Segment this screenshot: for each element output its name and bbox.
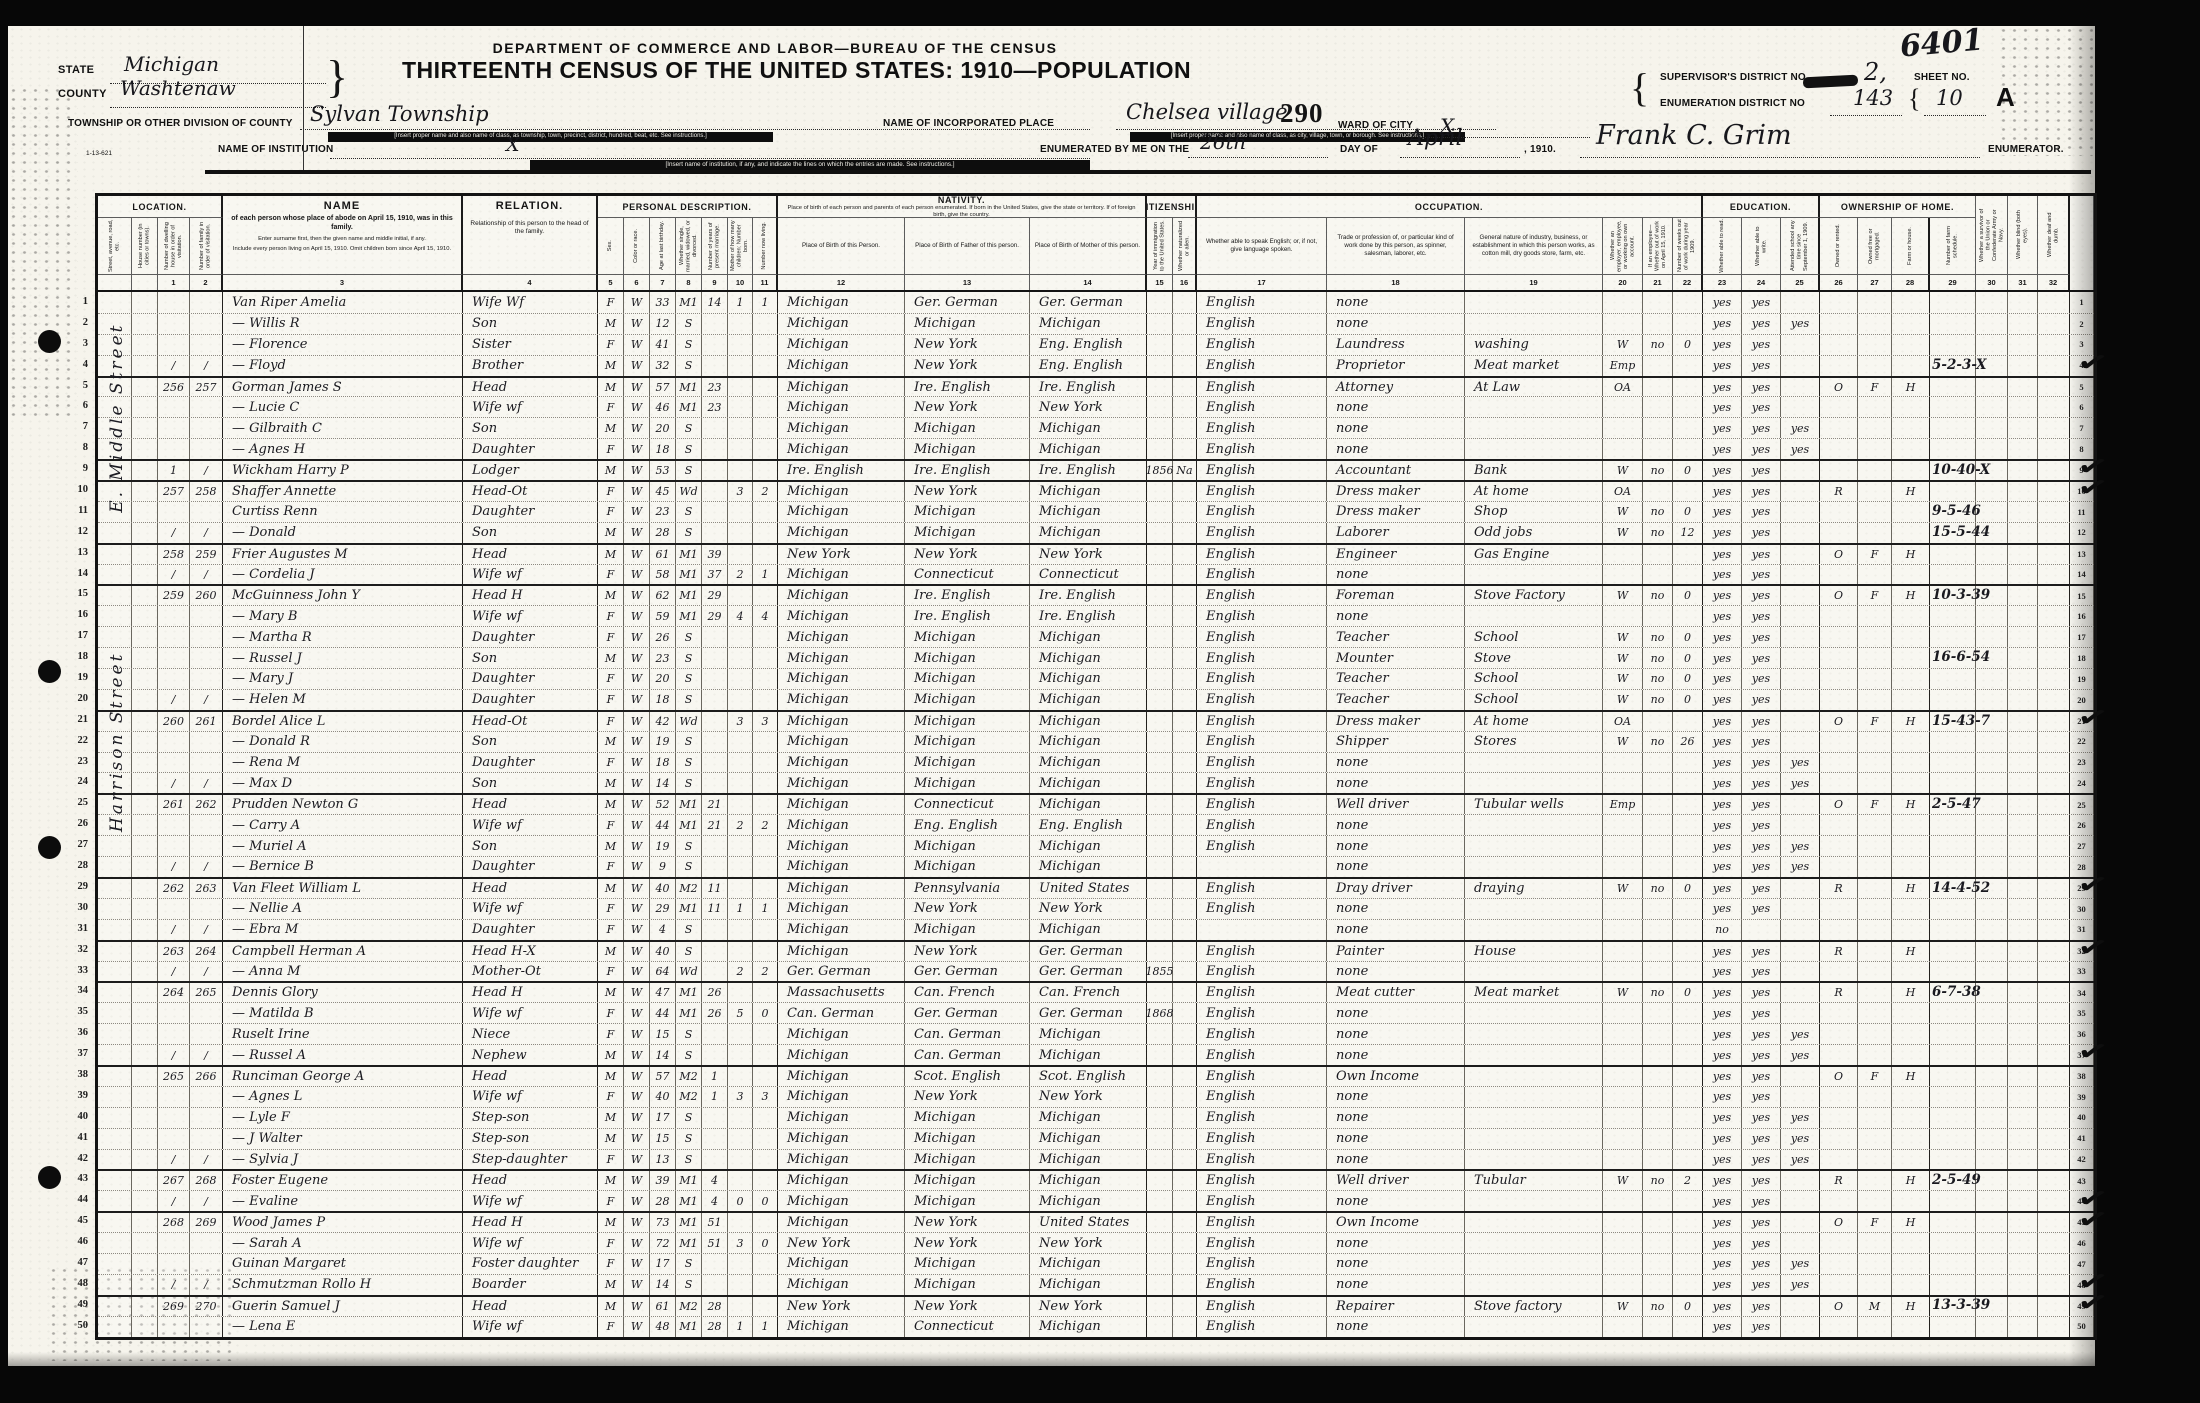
cell-sex: M: [598, 418, 624, 438]
cell-imm: [1147, 1191, 1173, 1211]
cell-mort: [1858, 335, 1892, 355]
cell-imm: [1147, 1045, 1173, 1065]
cell-fno: [1930, 1317, 1976, 1337]
cell-street: [98, 1024, 132, 1044]
cell-blind: [2008, 356, 2038, 376]
cell-mar: Wd: [676, 712, 702, 731]
cell-dw: [158, 502, 190, 522]
left-row-number: 22: [60, 731, 88, 752]
cell-farm: [1892, 920, 1930, 940]
cell-house: [132, 565, 158, 585]
cell-nat: [1173, 606, 1197, 626]
cell-blind: [2008, 378, 2038, 397]
cell-farm: [1892, 606, 1930, 626]
cell-age: 40: [650, 1087, 676, 1107]
column-number-fno: 29: [1930, 274, 1976, 290]
cell-wr: yes: [1742, 314, 1781, 334]
cell-dw: [158, 815, 190, 835]
cell-sch: [1781, 1213, 1820, 1232]
cell-farm: [1892, 690, 1930, 710]
cell-deaf: [2038, 1233, 2070, 1253]
cell-farm: [1892, 773, 1930, 793]
cell-cl: [753, 983, 778, 1002]
cell-house: [132, 1045, 158, 1065]
cell-ow: [1643, 1003, 1673, 1023]
cell-own: [1820, 1191, 1858, 1211]
cell-imm: [1147, 1275, 1173, 1295]
cell-nat: [1173, 899, 1197, 919]
cell-fam: [190, 669, 223, 689]
cell-fno: [1930, 606, 1976, 626]
cell-ow: [1643, 836, 1673, 856]
cell-cb: [728, 836, 753, 856]
cell-fam: ∕: [190, 461, 223, 480]
cell-bpf: New York: [905, 482, 1030, 501]
cell-mar: S: [676, 1254, 702, 1274]
cell-nat: [1173, 586, 1197, 605]
cell-own: [1820, 1233, 1858, 1253]
cell-name: Runciman George A: [223, 1067, 463, 1086]
cell-blind: [2008, 795, 2038, 814]
cell-ow: [1643, 418, 1673, 438]
cell-farm: [1892, 418, 1930, 438]
column-header-cl: Number now living.: [753, 218, 778, 274]
cell-wk: [1673, 418, 1703, 438]
cell-house: [132, 962, 158, 982]
incorporated-place-label: NAME OF INCORPORATED PLACE: [883, 118, 1054, 129]
cell-blind: [2008, 1003, 2038, 1023]
cell-sch: yes: [1781, 1150, 1820, 1170]
cell-sch: yes: [1781, 1045, 1820, 1065]
cell-col: W: [624, 523, 650, 543]
cell-sex: F: [598, 815, 624, 835]
cell-deaf: [2038, 502, 2070, 522]
cell-ind: [1465, 753, 1603, 773]
cell-blind: [2008, 753, 2038, 773]
cell-ind: [1465, 565, 1603, 585]
stamp-number: 290: [1280, 98, 1324, 129]
group-label: EDUCATION.: [1730, 202, 1791, 212]
cell-fam: 270: [190, 1297, 223, 1316]
cell-street: [98, 1213, 132, 1232]
cell-rd: yes: [1703, 753, 1742, 773]
cell-ow: no: [1643, 879, 1673, 898]
cell-rd: yes: [1703, 1213, 1742, 1232]
cell-surv: [1976, 545, 2008, 564]
cell-wk: 0: [1673, 669, 1703, 689]
cell-fno: [1930, 857, 1976, 877]
column-label: Year of immigration to the United States…: [1153, 218, 1166, 274]
cell-cb: [728, 1213, 753, 1232]
cell-fam: [190, 502, 223, 522]
cell-wk: [1673, 565, 1703, 585]
cell-sex: F: [598, 1024, 624, 1044]
cell-cl: [753, 1045, 778, 1065]
cell-own: O: [1820, 795, 1858, 814]
cell-mort: [1858, 857, 1892, 877]
cell-lang: English: [1197, 502, 1327, 522]
left-row-number: 7: [60, 417, 88, 438]
cell-wr: yes: [1742, 753, 1781, 773]
cell-name: — Lyle F: [223, 1108, 463, 1128]
cell-deaf: [2038, 1024, 2070, 1044]
cell-col: W: [624, 857, 650, 877]
cell-cl: [753, 669, 778, 689]
cell-blind: [2008, 397, 2038, 417]
cell-ind: [1465, 1045, 1603, 1065]
cell-wk: [1673, 1150, 1703, 1170]
cell-mar: M1: [676, 292, 702, 313]
cell-rd: yes: [1703, 983, 1742, 1002]
cell-bpm: Michigan: [1030, 502, 1147, 522]
cell-house: [132, 461, 158, 480]
column-group-header: LOCATION.: [98, 196, 223, 218]
cell-nat: [1173, 502, 1197, 522]
table-row: — Agnes LWife wfFW40M2133MichiganNew Yor…: [98, 1086, 2094, 1107]
department-line: DEPARTMENT OF COMMERCE AND LABOR—BUREAU …: [475, 40, 1075, 56]
cell-age: 18: [650, 753, 676, 773]
institution-value: X: [506, 134, 520, 156]
day-of-label: DAY OF: [1340, 144, 1378, 155]
cell-rel: Head: [463, 1171, 598, 1190]
cell-dw: ∕: [158, 1150, 190, 1170]
cell-ind: At Law: [1465, 378, 1603, 397]
cell-blind: [2008, 1171, 2038, 1190]
cell-ow: [1643, 857, 1673, 877]
cell-wr: yes: [1742, 773, 1781, 793]
table-row: — Lyle FStep-sonMW17SMichiganMichiganMic…: [98, 1107, 2094, 1128]
cell-own: [1820, 857, 1858, 877]
cell-wk: 12: [1673, 523, 1703, 543]
cell-rel: Wife wf: [463, 1087, 598, 1107]
cell-own: [1820, 962, 1858, 982]
cell-own: [1820, 1087, 1858, 1107]
cell-rd: yes: [1703, 712, 1742, 731]
cell-dw: [158, 1087, 190, 1107]
column-header-bp: Place of Birth of this Person.: [778, 218, 905, 274]
cell-fam: ∕: [190, 690, 223, 710]
cell-emp: [1603, 606, 1643, 626]
cell-cl: [753, 1150, 778, 1170]
cell-fno: 6-7-38: [1930, 983, 1976, 1002]
cell-street: [98, 1108, 132, 1128]
cell-cb: 1: [728, 292, 753, 313]
cell-emp: W: [1603, 879, 1643, 898]
cell-dw: 264: [158, 983, 190, 1002]
cell-blind: [2008, 1191, 2038, 1211]
cell-imm: [1147, 482, 1173, 501]
cell-wr: yes: [1742, 690, 1781, 710]
cell-blind: [2008, 1233, 2038, 1253]
cell-deaf: [2038, 1297, 2070, 1316]
cell-wk: [1673, 1087, 1703, 1107]
cell-bp: Michigan: [778, 606, 905, 626]
cell-sch: yes: [1781, 753, 1820, 773]
cell-ow: [1643, 1024, 1673, 1044]
cell-sex: F: [598, 690, 624, 710]
cell-lang: English: [1197, 836, 1327, 856]
cell-bp: Michigan: [778, 879, 905, 898]
cell-wk: [1673, 795, 1703, 814]
cell-dw: [158, 1129, 190, 1149]
cell-deaf: [2038, 1191, 2070, 1211]
cell-dw: [158, 732, 190, 752]
cell-mar: M1: [676, 1171, 702, 1190]
column-number-mort: 27: [1858, 274, 1892, 290]
cell-own: [1820, 773, 1858, 793]
cell-sch: [1781, 335, 1820, 355]
cell-nat: [1173, 1067, 1197, 1086]
cell-dw: [158, 753, 190, 773]
cell-own: [1820, 356, 1858, 376]
cell-age: 12: [650, 314, 676, 334]
cell-fam: 257: [190, 378, 223, 397]
cell-wr: yes: [1742, 795, 1781, 814]
cell-own: [1820, 753, 1858, 773]
cell-nat: [1173, 418, 1197, 438]
table-row: 259260McGuinness John YHead HMW62M129Mic…: [98, 584, 2094, 605]
cell-wk: [1673, 1129, 1703, 1149]
cell-rel: Niece: [463, 1024, 598, 1044]
cell-trade: Teacher: [1327, 690, 1465, 710]
left-row-number: 12: [60, 522, 88, 543]
cell-wk: 0: [1673, 461, 1703, 480]
cell-yrs: [702, 732, 728, 752]
cell-sch: yes: [1781, 1108, 1820, 1128]
cell-fno: 15-5-44: [1930, 523, 1976, 543]
cell-col: W: [624, 795, 650, 814]
cell-fno: [1930, 942, 1976, 961]
cell-bpm: Michigan: [1030, 1191, 1147, 1211]
cell-fno: [1930, 1191, 1976, 1211]
cell-wk: [1673, 292, 1703, 313]
table-row: ∕∕— Cordelia JWife wfFW58M13721MichiganC…: [98, 564, 2094, 585]
cell-wr: yes: [1742, 1171, 1781, 1190]
cell-bpm: United States: [1030, 1213, 1147, 1232]
cell-lang: English: [1197, 418, 1327, 438]
cell-fno: [1930, 815, 1976, 835]
cell-imm: [1147, 1171, 1173, 1190]
cell-mort: [1858, 461, 1892, 480]
cell-mort: [1858, 397, 1892, 417]
cell-deaf: [2038, 418, 2070, 438]
cell-age: 61: [650, 1297, 676, 1316]
column-number-wr: 24: [1742, 274, 1781, 290]
cell-bpf: Michigan: [905, 1254, 1030, 1274]
cell-farm: [1892, 1254, 1930, 1274]
cell-ow: [1643, 815, 1673, 835]
column-header-ind: General nature of industry, business, or…: [1465, 218, 1603, 274]
cell-cb: [728, 502, 753, 522]
column-number-sex: 5: [598, 274, 624, 290]
cell-yrs: [702, 1045, 728, 1065]
cell-age: 44: [650, 1003, 676, 1023]
cell-rel: Daughter: [463, 439, 598, 459]
cell-age: 42: [650, 712, 676, 731]
cell-ind: Tubular: [1465, 1171, 1603, 1190]
column-label: Number of dwelling house in order of vis…: [164, 218, 183, 274]
cell-sex: F: [598, 1003, 624, 1023]
cell-own: [1820, 1275, 1858, 1295]
margin-checkmark: ✓: [2074, 866, 2111, 903]
cell-rel: Son: [463, 314, 598, 334]
cell-wk: 0: [1673, 627, 1703, 647]
cell-name: — Russel J: [223, 648, 463, 668]
cell-cl: [753, 1108, 778, 1128]
cell-name: — Donald: [223, 523, 463, 543]
cell-yrs: 51: [702, 1213, 728, 1232]
cell-fno: [1930, 1150, 1976, 1170]
cell-mar: S: [676, 1024, 702, 1044]
cell-cb: 1: [728, 1317, 753, 1337]
cell-cl: [753, 356, 778, 376]
cell-wr: yes: [1742, 439, 1781, 459]
cell-sex: M: [598, 1213, 624, 1232]
table-row: ∕∕— EvalineWife wfFW28M1400MichiganMichi…: [98, 1190, 2094, 1211]
cell-yrs: 1: [702, 1067, 728, 1086]
cell-imm: [1147, 335, 1173, 355]
cell-bpm: Michigan: [1030, 690, 1147, 710]
cell-own: [1820, 523, 1858, 543]
cell-sex: F: [598, 502, 624, 522]
cell-trade: none: [1327, 439, 1465, 459]
cell-own: R: [1820, 482, 1858, 501]
cell-street: [98, 1191, 132, 1211]
cell-nat: Na: [1173, 461, 1197, 480]
cell-house: [132, 627, 158, 647]
cell-fno: [1930, 920, 1976, 940]
cell-cb: [728, 1297, 753, 1316]
cell-age: 18: [650, 690, 676, 710]
cell-bpf: Michigan: [905, 690, 1030, 710]
column-header-dw: Number of dwelling house in order of vis…: [158, 218, 190, 274]
cell-lang: English: [1197, 690, 1327, 710]
left-row-number: 11: [60, 501, 88, 522]
cell-imm: [1147, 586, 1173, 605]
cell-house: [132, 1067, 158, 1086]
cell-name: — Helen M: [223, 690, 463, 710]
cell-sch: [1781, 461, 1820, 480]
cell-deaf: [2038, 378, 2070, 397]
cell-rd: yes: [1703, 1171, 1742, 1190]
cell-sch: [1781, 690, 1820, 710]
cell-yrs: [702, 648, 728, 668]
table-row: — Martha RDaughterFW26SMichiganMichiganM…: [98, 626, 2094, 647]
cell-deaf: [2038, 314, 2070, 334]
cell-bpf: Eng. English: [905, 815, 1030, 835]
cell-ind: [1465, 1191, 1603, 1211]
cell-wr: yes: [1742, 899, 1781, 919]
cell-trade: none: [1327, 753, 1465, 773]
cell-name: — Donald R: [223, 732, 463, 752]
cell-lang: English: [1197, 1191, 1327, 1211]
cell-farm: H: [1892, 545, 1930, 564]
cell-ind: [1465, 418, 1603, 438]
cell-street: [98, 1317, 132, 1337]
cell-age: 15: [650, 1129, 676, 1149]
cell-bpm: Michigan: [1030, 648, 1147, 668]
ledger-number: 6401: [1899, 22, 1985, 64]
cell-fno: [1930, 1275, 1976, 1295]
cell-sex: M: [598, 1129, 624, 1149]
cell-own: [1820, 502, 1858, 522]
township-label: TOWNSHIP OR OTHER DIVISION OF COUNTY: [68, 118, 293, 129]
cell-fam: ∕: [190, 356, 223, 376]
cell-col: W: [624, 461, 650, 480]
cell-name: — Agnes H: [223, 439, 463, 459]
cell-cl: [753, 942, 778, 961]
cell-cb: 1: [728, 899, 753, 919]
cell-farm: [1892, 836, 1930, 856]
cell-sch: [1781, 648, 1820, 668]
cell-bp: Michigan: [778, 920, 905, 940]
cell-mar: S: [676, 627, 702, 647]
cell-imm: [1147, 899, 1173, 919]
cell-fam: ∕: [190, 1150, 223, 1170]
cell-trade: none: [1327, 1129, 1465, 1149]
cell-name: Shaffer Annette: [223, 482, 463, 501]
cell-wk: [1673, 482, 1703, 501]
cell-mar: M1: [676, 378, 702, 397]
cell-farm: [1892, 1108, 1930, 1128]
cell-wk: [1673, 397, 1703, 417]
cell-sex: M: [598, 836, 624, 856]
cell-bpf: Michigan: [905, 1108, 1030, 1128]
cell-bpm: Michigan: [1030, 773, 1147, 793]
cell-name: — Gilbraith C: [223, 418, 463, 438]
cell-rd: yes: [1703, 1087, 1742, 1107]
cell-yrs: 21: [702, 795, 728, 814]
cell-rel: Step-son: [463, 1108, 598, 1128]
cell-street: [98, 1233, 132, 1253]
cell-yrs: [702, 942, 728, 961]
cell-wr: yes: [1742, 606, 1781, 626]
cell-nat: [1173, 920, 1197, 940]
cell-rd: yes: [1703, 773, 1742, 793]
cell-ow: no: [1643, 669, 1673, 689]
cell-farm: H: [1892, 942, 1930, 961]
cell-yrs: 29: [702, 586, 728, 605]
cell-sex: M: [598, 586, 624, 605]
cell-cb: [728, 773, 753, 793]
table-row: ∕∕— Max DSonMW14SMichiganMichiganMichiga…: [98, 772, 2094, 793]
cell-cb: 2: [728, 565, 753, 585]
supervisor-district-label: SUPERVISOR'S DISTRICT NO.: [1660, 72, 1809, 83]
cell-bp: Michigan: [778, 292, 905, 313]
cell-fno: [1930, 753, 1976, 773]
cell-mort: [1858, 502, 1892, 522]
cell-mar: S: [676, 942, 702, 961]
left-row-number: 50: [60, 1316, 88, 1337]
cell-ind: School: [1465, 669, 1603, 689]
cell-mort: [1858, 482, 1892, 501]
cell-name: — Mary J: [223, 669, 463, 689]
cell-ind: [1465, 1129, 1603, 1149]
left-row-number: 1: [60, 292, 88, 313]
cell-dw: 259: [158, 586, 190, 605]
cell-ind: Stove Factory: [1465, 586, 1603, 605]
cell-bp: Michigan: [778, 1275, 905, 1295]
cell-trade: none: [1327, 292, 1465, 313]
cell-emp: [1603, 397, 1643, 417]
cell-wk: [1673, 1191, 1703, 1211]
cell-mar: M1: [676, 565, 702, 585]
cell-col: W: [624, 690, 650, 710]
cell-cl: [753, 732, 778, 752]
cell-bp: Michigan: [778, 1024, 905, 1044]
cell-blind: [2008, 1024, 2038, 1044]
cell-mort: [1858, 523, 1892, 543]
